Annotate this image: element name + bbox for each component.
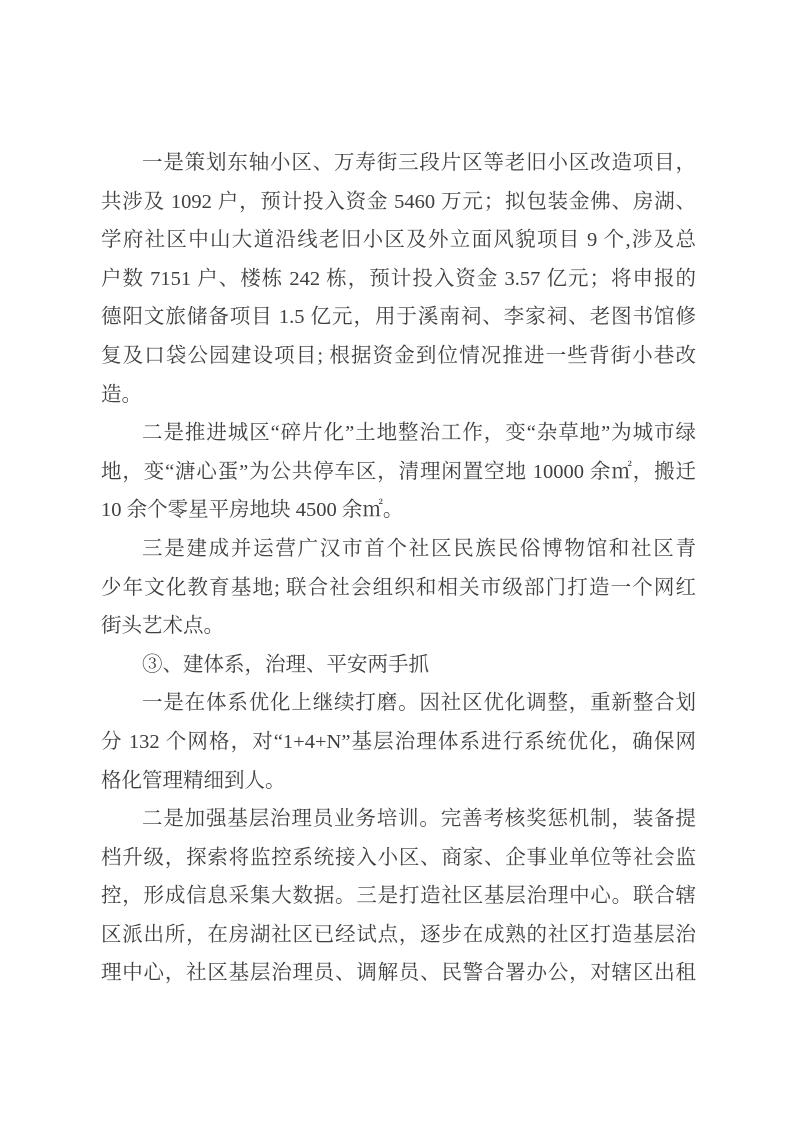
text-line: 理中心，社区基层治理员、调解员、民警合署办公，对辖区出租 [101, 954, 696, 993]
text-line: 二是推进城区“碎片化”土地整治工作，变“杂草地”为城市绿 [101, 414, 696, 453]
text-line: 分 132 个网格，对“1+4+N”基层治理体系进行系统优化，确保网 [101, 723, 696, 762]
text-line: 格化管理精细到人。 [101, 762, 696, 801]
paragraph: 一是在体系优化上继续打磨。因社区优化调整，重新整合划分 132 个网格，对“1+… [101, 684, 696, 800]
paragraph: 二是推进城区“碎片化”土地整治工作，变“杂草地”为城市绿地，变“溏心蛋”为公共停… [101, 414, 696, 530]
paragraph: 二是加强基层治理员业务培训。完善考核奖惩机制，装备提档升级，探索将监控系统接入小… [101, 800, 696, 993]
text-line: 一是在体系优化上继续打磨。因社区优化调整，重新整合划 [101, 684, 696, 723]
section-heading: ③、建体系，治理、平安两手抓 [101, 646, 696, 685]
paragraph: 三是建成并运营广汉市首个社区民族民俗博物馆和社区青少年文化教育基地; 联合社会组… [101, 530, 696, 646]
paragraph: 一是策划东轴小区、万寿街三段片区等老旧小区改造项目，共涉及 1092 户，预计投… [101, 144, 696, 414]
text-line: 共涉及 1092 户，预计投入资金 5460 万元；拟包装金佛、房湖、 [101, 183, 696, 222]
text-line: 户数 7151 户、楼栋 242 栋，预计投入资金 3.57 亿元；将申报的 [101, 260, 696, 299]
text-line: 造。 [101, 376, 696, 415]
text-line: 德阳文旅储备项目 1.5 亿元，用于溪南祠、李家祠、老图书馆修 [101, 298, 696, 337]
text-line: 二是加强基层治理员业务培训。完善考核奖惩机制，装备提 [101, 800, 696, 839]
heading-line: ③、建体系，治理、平安两手抓 [101, 646, 696, 685]
text-line: 地，变“溏心蛋”为公共停车区，清理闲置空地 10000 余㎡，搬迁 [101, 453, 696, 492]
text-line: 10 余个零星平房地块 4500 余㎡。 [101, 491, 696, 530]
document-body: 一是策划东轴小区、万寿街三段片区等老旧小区改造项目，共涉及 1092 户，预计投… [101, 144, 696, 993]
text-line: 复及口袋公园建设项目; 根据资金到位情况推进一些背街小巷改 [101, 337, 696, 376]
text-line: 少年文化教育基地; 联合社会组织和相关市级部门打造一个网红 [101, 569, 696, 608]
document-page: 一是策划东轴小区、万寿街三段片区等老旧小区改造项目，共涉及 1092 户，预计投… [0, 0, 793, 1122]
text-line: 一是策划东轴小区、万寿街三段片区等老旧小区改造项目， [101, 144, 696, 183]
text-line: 档升级，探索将监控系统接入小区、商家、企事业单位等社会监 [101, 839, 696, 878]
text-line: 区派出所，在房湖社区已经试点，逐步在成熟的社区打造基层治 [101, 916, 696, 955]
text-line: 学府社区中山大道沿线老旧小区及外立面风貌项目 9 个,涉及总 [101, 221, 696, 260]
text-line: 街头艺术点。 [101, 607, 696, 646]
text-line: 控，形成信息采集大数据。三是打造社区基层治理中心。联合辖 [101, 877, 696, 916]
text-line: 三是建成并运营广汉市首个社区民族民俗博物馆和社区青 [101, 530, 696, 569]
